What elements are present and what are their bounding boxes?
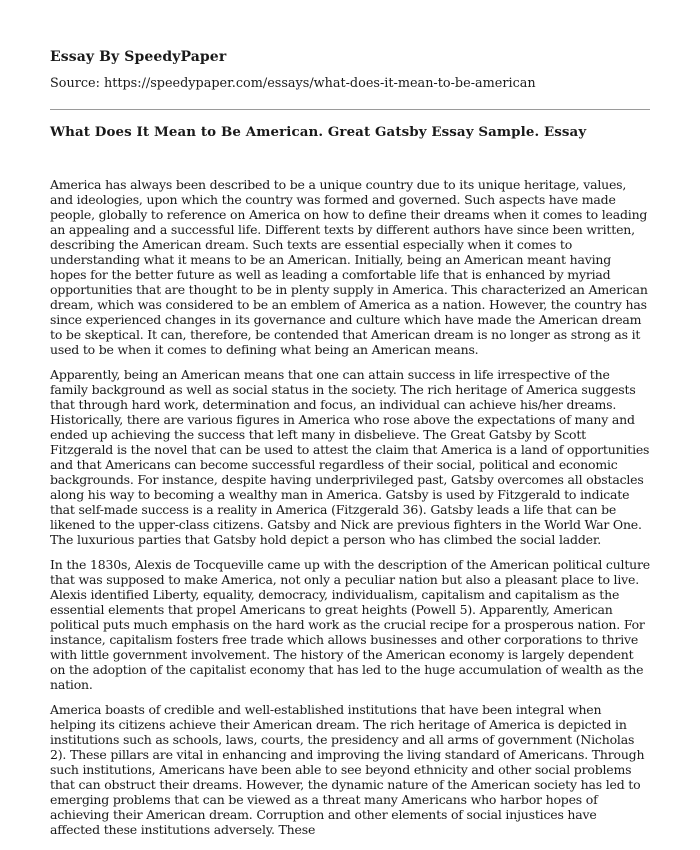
essay-paragraph: Apparently, being an American means that… <box>50 367 650 547</box>
essay-page: Essay By SpeedyPaper Source: https://spe… <box>0 0 700 850</box>
divider <box>50 109 650 110</box>
brand-title: Essay By SpeedyPaper <box>50 48 650 66</box>
essay-paragraph: In the 1830s, Alexis de Tocqueville came… <box>50 557 650 692</box>
source-label: Source: <box>50 76 100 91</box>
page-title: What Does It Mean to Be American. Great … <box>50 123 650 141</box>
source-line: Source: https://speedypaper.com/essays/w… <box>50 75 650 93</box>
essay-paragraph: America boasts of credible and well-esta… <box>50 702 650 837</box>
essay-paragraph: America has always been described to be … <box>50 177 650 357</box>
essay-body: America has always been described to be … <box>50 177 650 837</box>
source-url: https://speedypaper.com/essays/what-does… <box>104 76 536 91</box>
